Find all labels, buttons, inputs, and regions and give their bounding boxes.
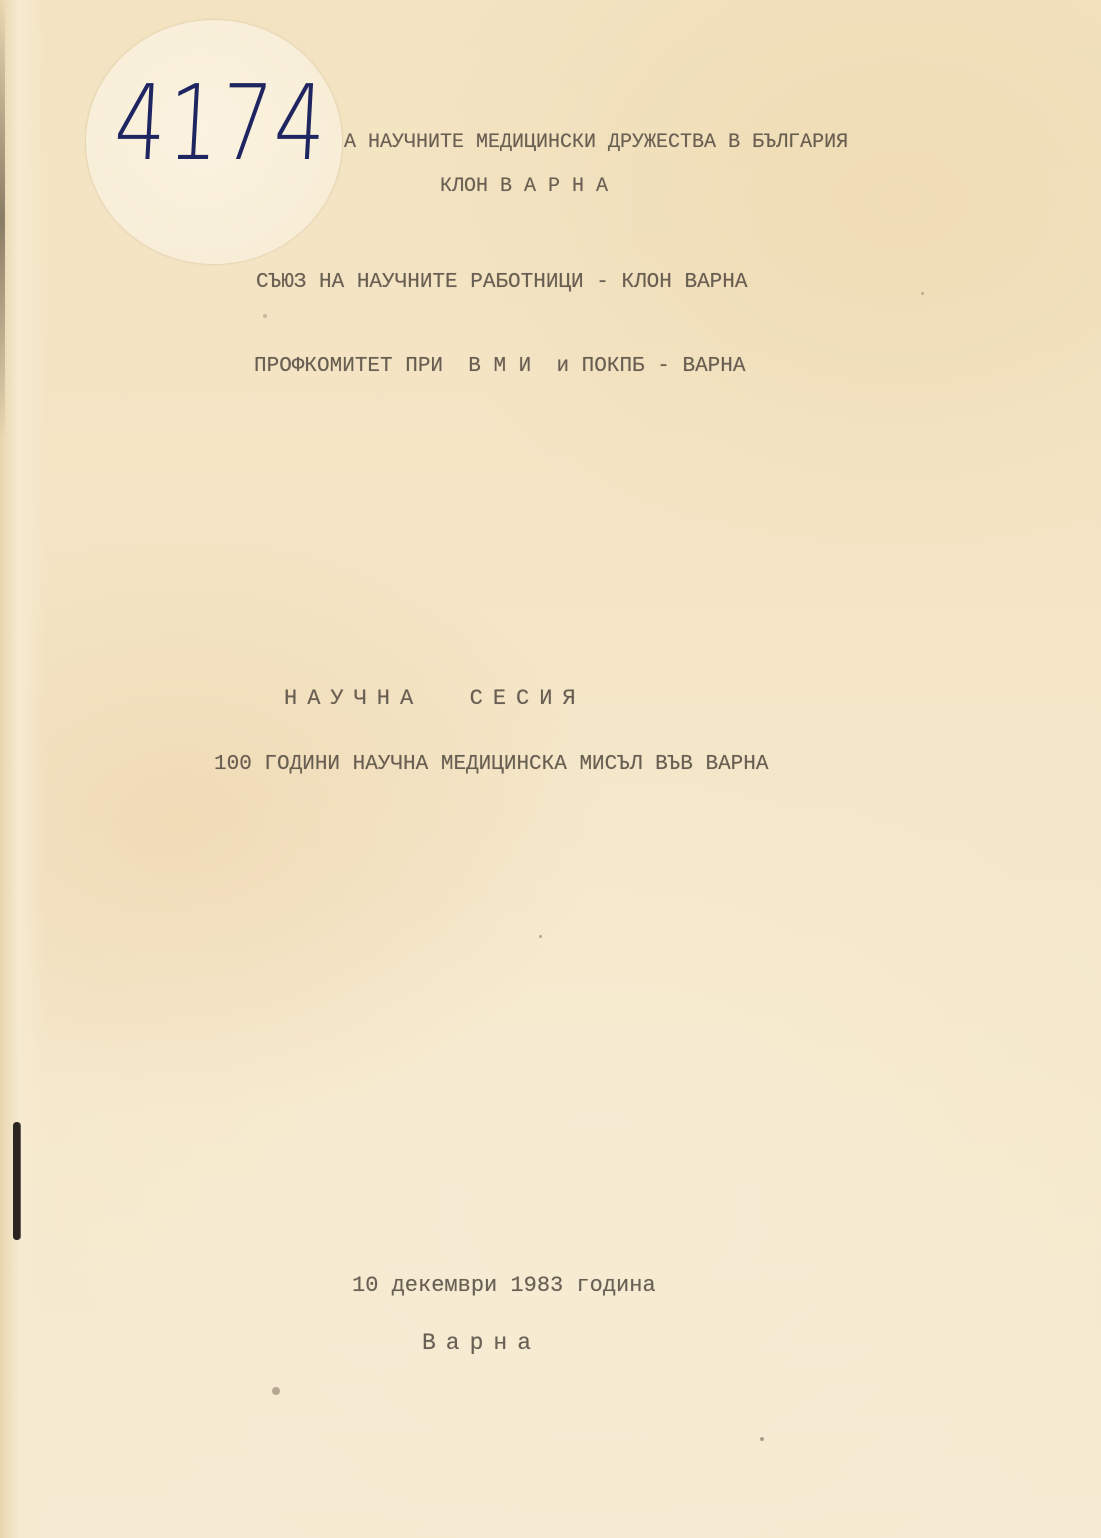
header-line-3: СЪЮЗ НА НАУЧНИТЕ РАБОТНИЦИ - КЛОН ВАРНА xyxy=(256,271,747,294)
binding-edge xyxy=(0,0,46,1538)
catalog-number: 4174 xyxy=(111,62,330,184)
header-line-1: А НАУЧНИТЕ МЕДИЦИНСКИ ДРУЖЕСТВА В БЪЛГАР… xyxy=(344,131,848,154)
paper-speck xyxy=(760,1437,764,1441)
document-title: НАУЧНА СЕСИЯ xyxy=(284,686,586,711)
document-page: 4174 А НАУЧНИТЕ МЕДИЦИНСКИ ДРУЖЕСТВА В Б… xyxy=(0,0,1101,1538)
document-date: 10 декември 1983 година xyxy=(352,1273,656,1298)
edge-shadow xyxy=(0,0,5,440)
paper-speck xyxy=(263,314,267,318)
document-subtitle: 100 ГОДИНИ НАУЧНА МЕДИЦИНСКА МИСЪЛ ВЪВ В… xyxy=(214,753,769,776)
header-line-4: ПРОФКОМИТЕТ ПРИ В М И и ПОКПБ - ВАРНА xyxy=(254,355,745,378)
header-line-2: КЛОН В А Р Н А xyxy=(440,175,608,198)
paper-speck xyxy=(272,1387,280,1395)
paper-speck xyxy=(921,292,924,295)
document-place: Варна xyxy=(422,1330,541,1356)
paper-speck xyxy=(539,935,542,938)
staple-icon xyxy=(13,1122,20,1240)
